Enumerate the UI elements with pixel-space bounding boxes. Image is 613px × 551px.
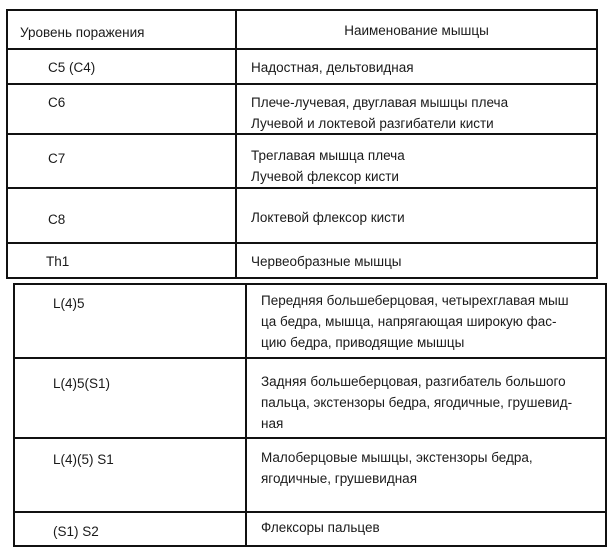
table-header: Уровень поражения Наименование мышцы — [8, 11, 596, 50]
level-cell: L(4)5 — [15, 285, 245, 359]
header-level: Уровень поражения — [8, 11, 235, 50]
table-row: L(4)(5) S1 Малоберцовые мышцы, экстензор… — [15, 437, 605, 513]
level-cell: (S1) S2 — [15, 513, 245, 547]
level-cell: C5 (C4) — [8, 50, 235, 84]
level-cell: C8 — [8, 189, 235, 243]
level-cell: L(4)(5) S1 — [15, 439, 245, 513]
table-row: C7 Треглавая мышца плеча Лучевой флексор… — [8, 133, 596, 189]
header-muscle: Наименование мышцы — [237, 11, 596, 50]
muscle-cell: Передняя большеберцовая, четырехглавая м… — [247, 285, 605, 359]
muscle-cell: Флексоры пальцев — [247, 513, 605, 547]
table-row: Th1 Червеобразные мышцы — [8, 242, 596, 279]
muscle-cell: Малоберцовые мышцы, экстензоры бедра, яг… — [247, 439, 605, 513]
upper-table: Уровень поражения Наименование мышцы C5 … — [6, 9, 598, 279]
table-row: C5 (C4) Надостная, дельтовидная — [8, 48, 596, 84]
lower-table: L(4)5 Передняя большеберцовая, четырехгл… — [13, 283, 607, 547]
level-cell: C7 — [8, 135, 235, 189]
table-row: (S1) S2 Флексоры пальцев — [15, 511, 605, 547]
muscle-cell: Надостная, дельтовидная — [237, 50, 596, 84]
level-cell: L(4)5(S1) — [15, 359, 245, 439]
muscle-cell: Червеобразные мышцы — [237, 244, 596, 279]
level-cell: C6 — [8, 85, 235, 135]
table-row: C8 Локтевой флексор кисти — [8, 187, 596, 243]
table-row: C6 Плече-лучевая, двуглавая мышцы плеча … — [8, 83, 596, 135]
muscle-cell: Плече-лучевая, двуглавая мышцы плеча Луч… — [237, 85, 596, 135]
muscle-cell: Треглавая мышца плеча Лучевой флексор ки… — [237, 135, 596, 189]
muscle-cell: Задняя большеберцовая, разгибатель больш… — [247, 359, 605, 439]
table-row: L(4)5(S1) Задняя большеберцовая, разгиба… — [15, 357, 605, 439]
muscle-cell: Локтевой флексор кисти — [237, 189, 596, 243]
level-cell: Th1 — [8, 244, 235, 279]
table-row: L(4)5 Передняя большеберцовая, четырехгл… — [15, 285, 605, 359]
